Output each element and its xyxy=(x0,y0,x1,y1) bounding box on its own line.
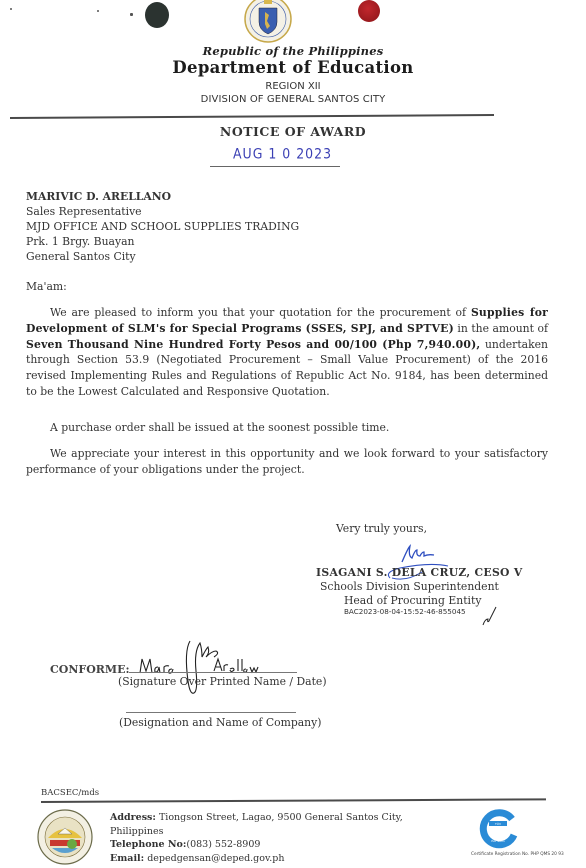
header-divider xyxy=(10,114,494,119)
certificate-registration: Certificate Registration No. PHP QMS 20 … xyxy=(471,852,564,857)
award-amount: Seven Thousand Nine Hundred Forty Pesos … xyxy=(26,338,480,351)
addressee-address-line1: Prk. 1 Brgy. Buayan xyxy=(26,234,299,249)
addressee-address-line2: General Santos City xyxy=(26,249,299,264)
footer-contact: Address: Tiongson Street, Lagao, 9500 Ge… xyxy=(110,811,403,865)
p1-text-a: We are pleased to inform you that your q… xyxy=(50,306,471,319)
addressee-company: MJD OFFICE AND SCHOOL SUPPLIES TRADING xyxy=(26,219,299,234)
addressee-name: MARIVIC D. ARELLANO xyxy=(26,189,299,204)
scan-speck xyxy=(97,10,99,12)
punch-hole-left xyxy=(145,2,169,28)
paragraph-appreciation: We appreciate your interest in this oppo… xyxy=(26,446,548,478)
p2-text: A purchase order shall be issued at the … xyxy=(50,421,389,434)
signatory-role: Head of Procuring Entity xyxy=(344,594,481,607)
initials-reference: BACSEC/mds xyxy=(41,788,99,798)
address-country: Philippines xyxy=(110,825,403,839)
scan-speck xyxy=(130,13,133,16)
deped-seal-icon xyxy=(243,0,293,44)
salutation: Ma'am: xyxy=(26,280,67,293)
date-underline xyxy=(210,166,340,167)
department-name: Department of Education xyxy=(0,58,586,77)
address-label: Address: xyxy=(110,812,156,823)
date-stamp: AUG 1 0 2023 xyxy=(233,145,332,162)
telephone-value: (083) 552-8909 xyxy=(186,839,260,850)
iso-certification-icon: TÜV ISO 9001 xyxy=(478,809,518,849)
closing: Very truly yours, xyxy=(336,522,427,535)
paragraph-award: We are pleased to inform you that your q… xyxy=(26,305,548,400)
designation-line xyxy=(126,712,296,713)
email-value: depedgensan@deped.gov.ph xyxy=(144,853,284,864)
division-line: DIVISION OF GENERAL SANTOS CITY xyxy=(0,94,586,105)
signatory-title: Schools Division Superintendent xyxy=(320,580,499,593)
addressee-position: Sales Representative xyxy=(26,204,299,219)
telephone-label: Telephone No: xyxy=(110,839,186,850)
svg-text:ISO 9001: ISO 9001 xyxy=(491,839,505,843)
document-title: NOTICE OF AWARD xyxy=(0,124,586,139)
address-value: Tiongson Street, Lagao, 9500 General San… xyxy=(156,812,403,823)
p1-text-c: in the amount of xyxy=(454,322,548,335)
designation-caption: (Designation and Name of Company) xyxy=(119,716,321,729)
reference-code: BAC2023-08-04-15:52-46-855045 xyxy=(344,607,466,616)
p3-text: We appreciate your interest in this oppo… xyxy=(26,447,548,476)
footer-divider xyxy=(41,798,546,803)
conforme-signature xyxy=(130,637,260,699)
region-line: REGION XII xyxy=(0,81,586,92)
svg-text:TÜV: TÜV xyxy=(494,821,502,826)
addressee-block: MARIVIC D. ARELLANO Sales Representative… xyxy=(26,189,299,264)
signature-line xyxy=(129,672,297,673)
red-dot-mark xyxy=(358,0,380,22)
republic-line: Republic of the Philippines xyxy=(0,44,586,58)
scan-speck xyxy=(10,8,12,10)
email-label: Email: xyxy=(110,853,144,864)
paragraph-purchase-order: A purchase order shall be issued at the … xyxy=(26,420,548,436)
initial-mark xyxy=(480,605,500,627)
signatory-name: ISAGANI S. DELA CRUZ, CESO V xyxy=(316,566,523,579)
division-logo-icon xyxy=(36,808,94,866)
signature-caption: (Signature Over Printed Name / Date) xyxy=(118,675,327,688)
